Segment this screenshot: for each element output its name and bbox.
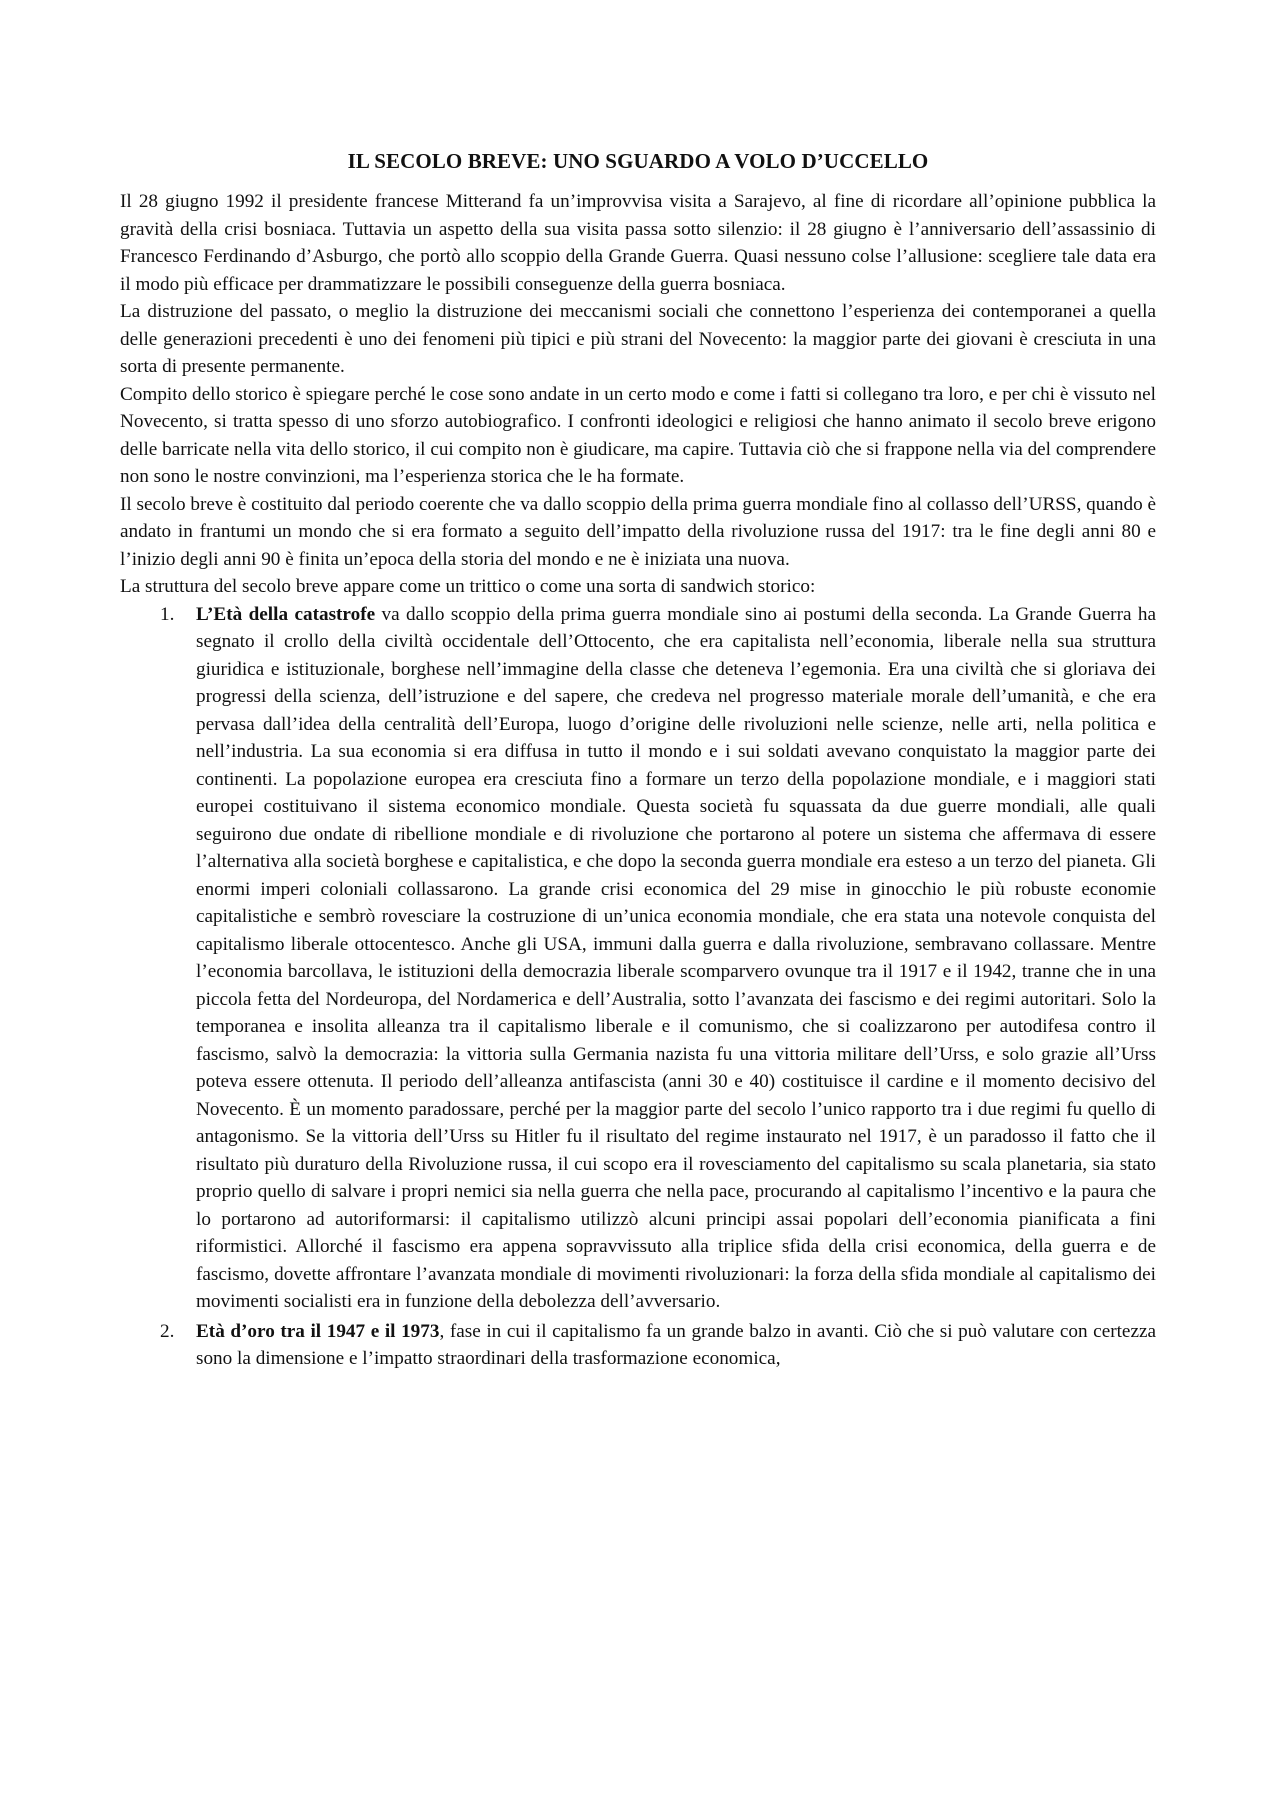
document-title: IL SECOLO BREVE: UNO SGUARDO A VOLO D’UC…	[120, 148, 1156, 174]
list-item-heading: L’Età della catastrofe	[196, 604, 375, 625]
paragraph-distruzione-passato: La distruzione del passato, o meglio la …	[120, 298, 1156, 381]
list-item-eta-catastrofe: 1. L’Età della catastrofe va dallo scopp…	[120, 601, 1156, 1316]
document-page: IL SECOLO BREVE: UNO SGUARDO A VOLO D’UC…	[120, 148, 1156, 1375]
list-number: 2.	[160, 1318, 174, 1346]
paragraph-compito-storico: Compito dello storico è spiegare perché …	[120, 381, 1156, 491]
list-item-text: va dallo scoppio della prima guerra mond…	[196, 604, 1156, 1313]
list-item-heading: Età d’oro tra il 1947 e il 1973	[196, 1321, 439, 1342]
paragraph-struttura: La struttura del secolo breve appare com…	[120, 573, 1156, 601]
paragraph-definizione-secolo: Il secolo breve è costituito dal periodo…	[120, 491, 1156, 574]
periods-list: 1. L’Età della catastrofe va dallo scopp…	[120, 601, 1156, 1373]
paragraph-intro: Il 28 giugno 1992 il presidente francese…	[120, 188, 1156, 298]
list-number: 1.	[160, 601, 174, 629]
list-item-eta-oro: 2. Età d’oro tra il 1947 e il 1973, fase…	[120, 1318, 1156, 1373]
